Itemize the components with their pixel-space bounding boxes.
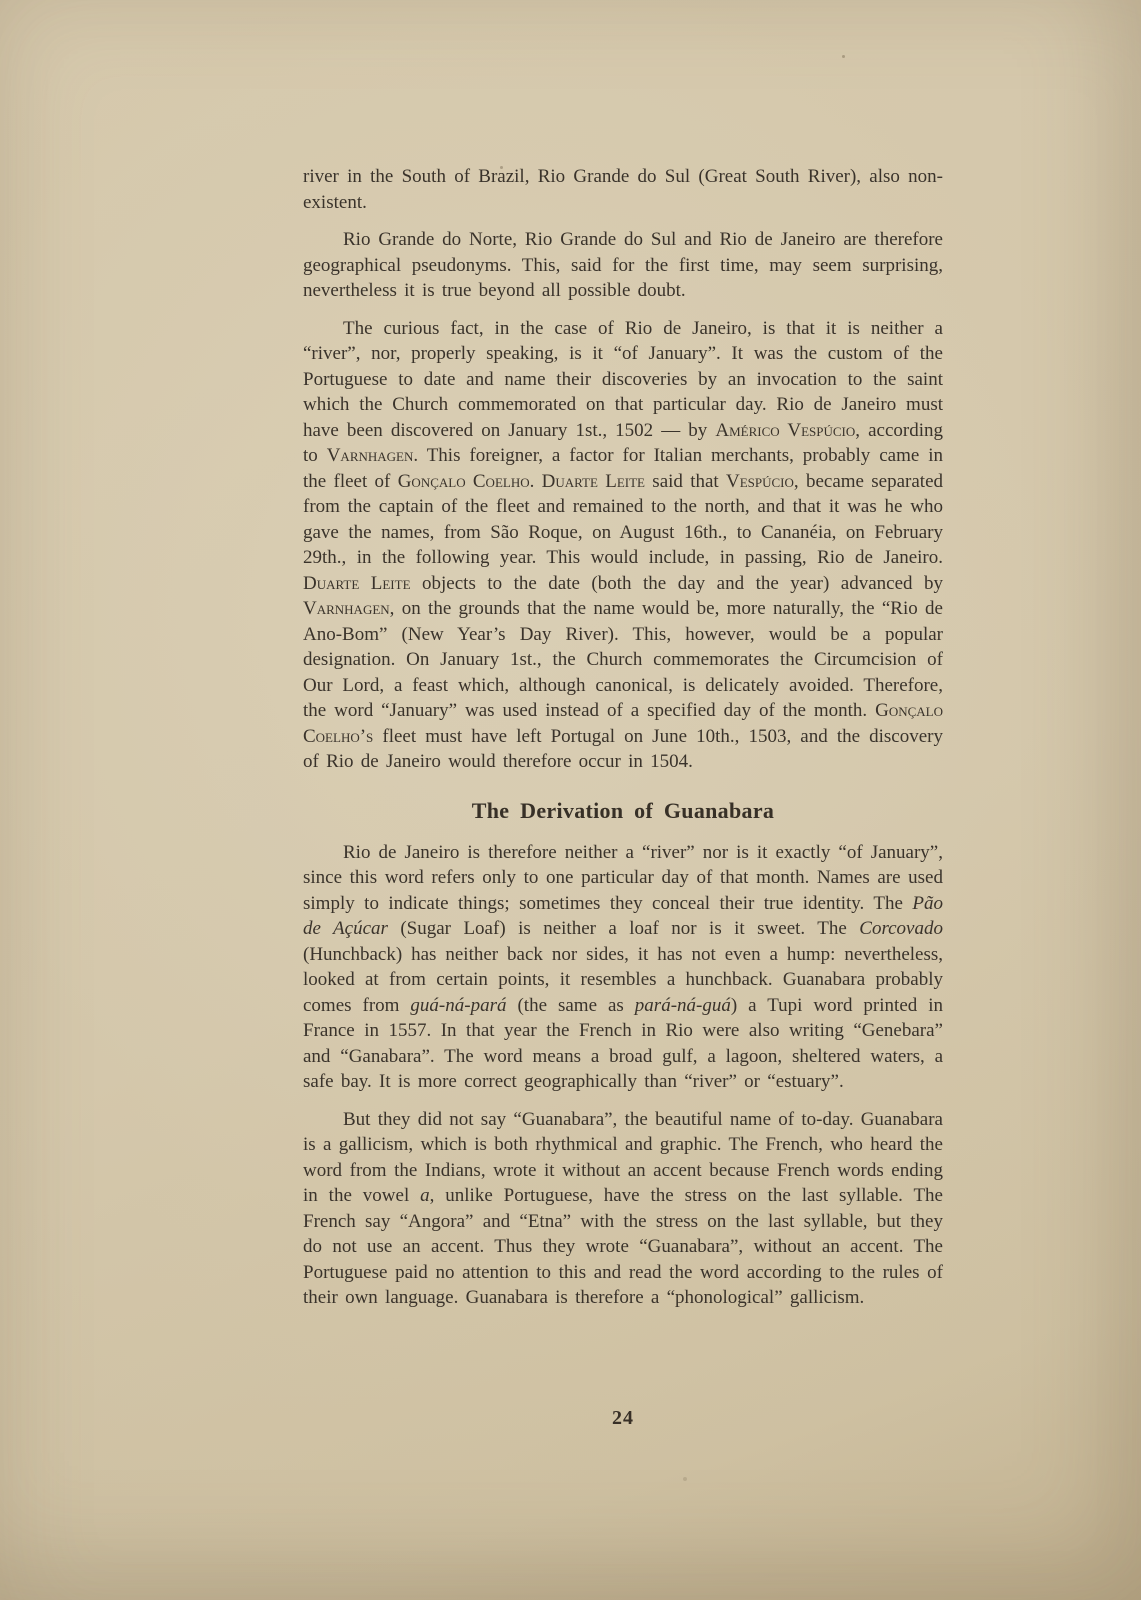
section-heading: The Derivation of Guanabara xyxy=(303,797,943,825)
text-run: objects to the date (both the day and th… xyxy=(411,573,943,594)
paper-speck xyxy=(500,166,503,169)
paragraph: The curious fact, in the case of Rio de … xyxy=(303,316,943,775)
small-caps-name: Vespúcio xyxy=(726,471,794,492)
italic-term: Corcovado xyxy=(859,918,943,939)
paper-speck xyxy=(842,55,845,58)
page-number: 24 xyxy=(303,1407,943,1430)
small-caps-name: Varnhagen xyxy=(303,598,390,619)
small-caps-name: Duarte Leite xyxy=(542,471,645,492)
text-column: river in the South of Brazil, Rio Grande… xyxy=(303,164,943,1323)
italic-term: guá-ná-pará xyxy=(410,995,506,1016)
paragraph: But they did not say “Guanabara”, the be… xyxy=(303,1107,943,1311)
paper-speck xyxy=(683,1477,687,1481)
small-caps-name: Gonçalo Coelho xyxy=(398,471,530,492)
paragraph: river in the South of Brazil, Rio Grande… xyxy=(303,164,943,215)
text-run: Rio Grande do Norte, Rio Grande do Sul a… xyxy=(303,229,943,301)
text-run: . xyxy=(530,471,542,492)
small-caps-name: Américo Vespúcio xyxy=(715,420,855,441)
text-run: , on the grounds that the name would be,… xyxy=(303,598,943,721)
text-run: Rio de Janeiro is therefore neither a “r… xyxy=(303,842,943,914)
text-run: said that xyxy=(645,471,726,492)
small-caps-name: Varnhagen xyxy=(327,445,414,466)
italic-term: pará-ná-guá xyxy=(635,995,731,1016)
text-run: (Sugar Loaf) is neither a loaf nor is it… xyxy=(388,918,859,939)
text-run: (the same as xyxy=(506,995,634,1016)
small-caps-name: Duarte Leite xyxy=(303,573,411,594)
paragraph: Rio de Janeiro is therefore neither a “r… xyxy=(303,840,943,1095)
text-run: fleet must have left Portugal on June 10… xyxy=(303,726,943,773)
italic-term: a xyxy=(420,1185,430,1206)
book-page: river in the South of Brazil, Rio Grande… xyxy=(0,0,1141,1600)
text-run: river in the South of Brazil, Rio Grande… xyxy=(303,166,943,213)
paragraph: Rio Grande do Norte, Rio Grande do Sul a… xyxy=(303,227,943,304)
